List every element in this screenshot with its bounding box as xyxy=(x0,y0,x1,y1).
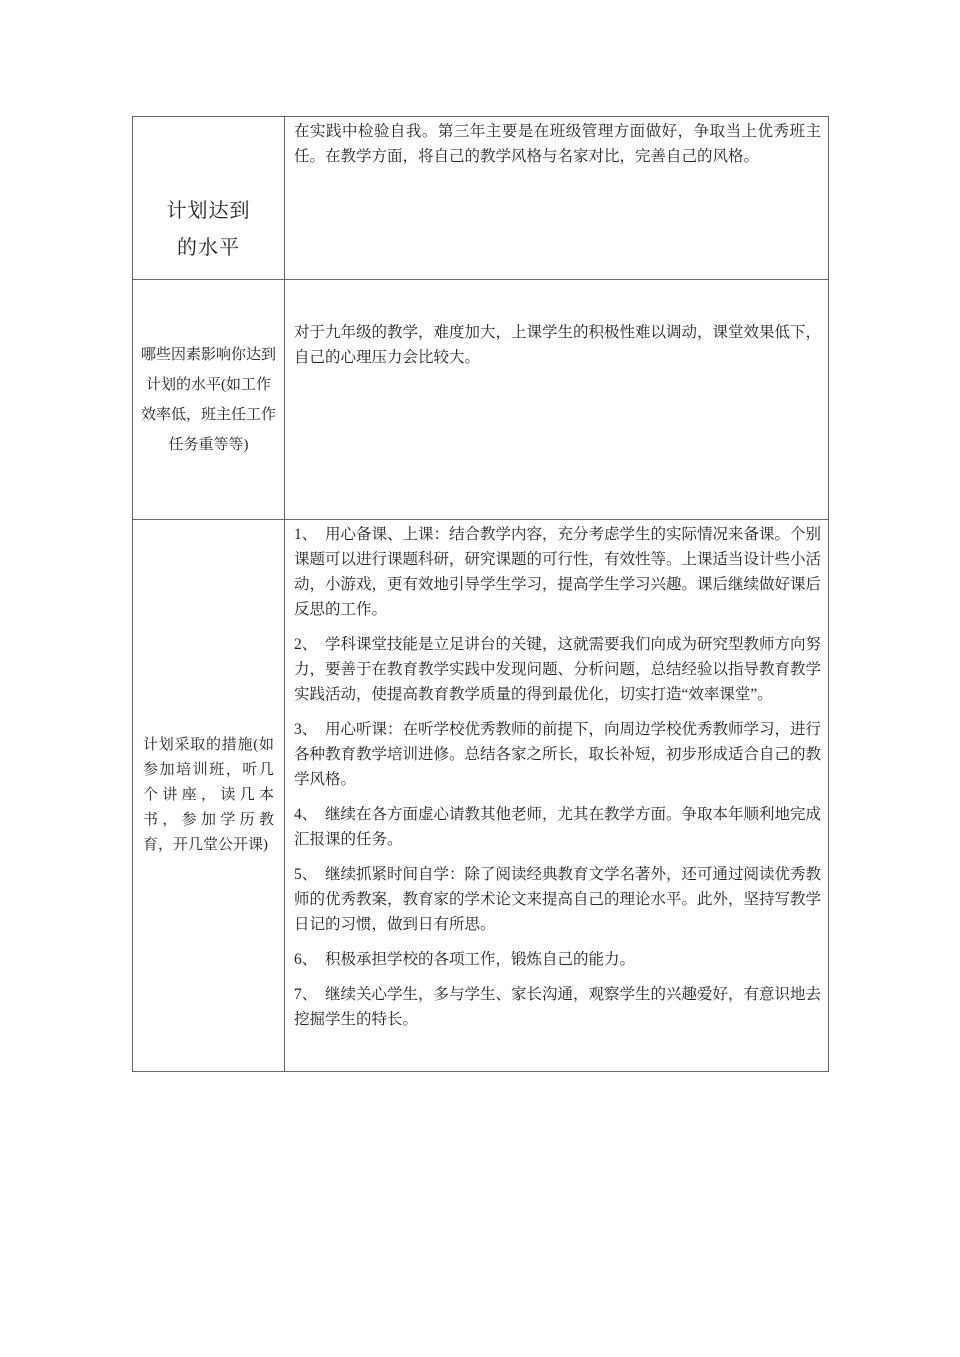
label-cell-planned-level: 计划达到 的水平 xyxy=(133,117,285,279)
paragraph: 4、 继续在各方面虚心请教其他老师，尤其在教学方面。争取本年顺利地完成汇报课的任… xyxy=(294,802,821,852)
row-label-line: 的水平 xyxy=(167,230,251,267)
paragraph: 在实践中检验自我。第三年主要是在班级管理方面做好，争取当上优秀班主任。在教学方面… xyxy=(294,119,821,169)
row-label-measures: 计划采取的措施(如参加培训班，听几个讲座，读几本书，参加学历教育，开几堂公开课) xyxy=(133,733,284,858)
label-cell-factors: 哪些因素影响你达到计划的水平(如工作效率低，班主任工作任务重等等) xyxy=(133,280,285,519)
paragraph: 5、 继续抓紧时间自学：除了阅读经典教育文学名著外，还可通过阅读优秀教师的优秀教… xyxy=(294,862,821,937)
paragraph: 对于九年级的教学，难度加大，上课学生的积极性难以调动，课堂效果低下，自己的心理压… xyxy=(294,320,821,370)
row-label-line: 计划达到 xyxy=(167,193,251,230)
row-label-planned-level: 计划达到 的水平 xyxy=(167,193,251,267)
paragraph: 1、 用心备课、上课：结合教学内容，充分考虑学生的实际情况来备课。个别课题可以进… xyxy=(294,522,821,622)
row-label-factors: 哪些因素影响你达到计划的水平(如工作效率低，班主任工作任务重等等) xyxy=(133,340,284,460)
label-cell-measures: 计划采取的措施(如参加培训班，听几个讲座，读几本书，参加学历教育，开几堂公开课) xyxy=(133,520,285,1071)
table-row-measures: 计划采取的措施(如参加培训班，听几个讲座，读几本书，参加学历教育，开几堂公开课)… xyxy=(133,519,828,1071)
table-row-planned-level: 计划达到 的水平 在实践中检验自我。第三年主要是在班级管理方面做好，争取当上优秀… xyxy=(133,117,828,279)
content-cell-planned-level: 在实践中检验自我。第三年主要是在班级管理方面做好，争取当上优秀班主任。在教学方面… xyxy=(285,117,828,279)
paragraph: 3、 用心听课：在听学校优秀教师的前提下，向周边学校优秀教师学习，进行各种教育教… xyxy=(294,717,821,792)
document-page: 计划达到 的水平 在实践中检验自我。第三年主要是在班级管理方面做好，争取当上优秀… xyxy=(0,0,960,1357)
paragraph: 2、 学科课堂技能是立足讲台的关键，这就需要我们向成为研究型教师方向努力，要善于… xyxy=(294,632,821,707)
table-row-影响因素: 哪些因素影响你达到计划的水平(如工作效率低，班主任工作任务重等等) 对于九年级的… xyxy=(133,279,828,519)
content-cell-factors: 对于九年级的教学，难度加大，上课学生的积极性难以调动，课堂效果低下，自己的心理压… xyxy=(285,280,828,519)
plan-table: 计划达到 的水平 在实践中检验自我。第三年主要是在班级管理方面做好，争取当上优秀… xyxy=(132,116,829,1072)
content-cell-measures: 1、 用心备课、上课：结合教学内容，充分考虑学生的实际情况来备课。个别课题可以进… xyxy=(285,520,828,1071)
paragraph: 6、 积极承担学校的各项工作，锻炼自己的能力。 xyxy=(294,947,821,972)
paragraph: 7、 继续关心学生，多与学生、家长沟通，观察学生的兴趣爱好，有意识地去挖掘学生的… xyxy=(294,982,821,1032)
